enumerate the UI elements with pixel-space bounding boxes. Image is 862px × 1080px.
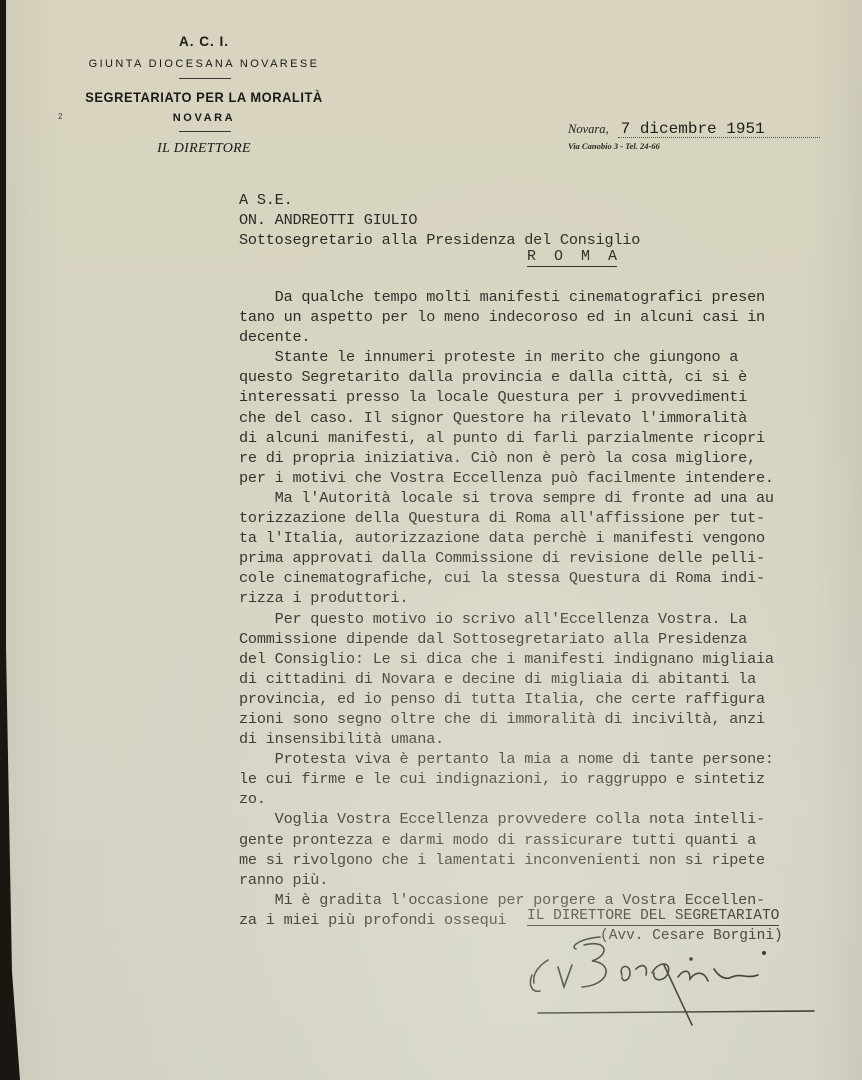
body-line: ranno più. — [239, 870, 774, 890]
sender-address: Via Canobio 3 - Tel. 24-66 — [568, 141, 660, 151]
body-line: ta l'Italia, autorizzazione data perchè … — [239, 528, 774, 548]
dateline-city: Novara, — [568, 122, 609, 136]
dateline-dotted-rule — [618, 137, 820, 138]
letterhead-city: NOVARA — [56, 112, 352, 124]
body-line: provincia, ed io penso di tutta Italia, … — [239, 689, 774, 709]
handwritten-signature — [518, 925, 818, 1030]
body-line: zo. — [239, 789, 774, 809]
margin-note: 2 — [58, 112, 62, 121]
body-line: rizza i produttori. — [239, 588, 774, 608]
body-line: zioni sono segno oltre che di immoralità… — [239, 709, 774, 729]
body-line: cole cinematografiche, cui la stessa Que… — [239, 568, 774, 588]
dateline: Novara,7 dicembre 1951 — [568, 120, 823, 138]
recipient-city: R O M A — [527, 248, 617, 267]
letterhead-secretariat: SEGRETARIATO PER LA MORALITÀ — [68, 89, 340, 105]
recipient-line: A S.E. — [239, 190, 640, 210]
body-line: tano un aspetto per lo meno indecoroso e… — [239, 307, 774, 327]
body-line: gente prontezza e darmi modo di rassicur… — [239, 830, 774, 850]
body-line: che del caso. Il signor Questore ha rile… — [239, 408, 774, 428]
letterhead-divider — [179, 131, 231, 132]
body-line: le cui firme e le cui indignazioni, io r… — [239, 769, 774, 789]
body-line: me si rivolgono che i lamentati inconven… — [239, 850, 774, 870]
body-line: Mi è gradita l'occasione per porgere a V… — [239, 890, 774, 910]
body-line: di cittadini di Novara e decine di migli… — [239, 669, 774, 689]
letterhead-giunta: GIUNTA DIOCESANA NOVARESE — [56, 58, 352, 70]
body-line: di alcuni manifesti, al punto di farli p… — [239, 428, 774, 448]
letterhead-divider — [179, 78, 231, 79]
letterhead-role: IL DIRETTORE — [56, 141, 352, 157]
body-line: del Consiglio: Le si dica che i manifest… — [239, 649, 774, 669]
recipient-block: A S.E.ON. ANDREOTTI GIULIOSottosegretari… — [239, 190, 640, 250]
body-line: questo Segretarito dalla provincia e dal… — [239, 367, 774, 387]
letterhead-organization: A. C. I. — [56, 34, 352, 49]
body-line: Per questo motivo io scrivo all'Eccellen… — [239, 609, 774, 629]
body-line: interessati presso la locale Questura pe… — [239, 387, 774, 407]
body-line: di insensibilità umana. — [239, 729, 774, 749]
body-line: Protesta viva è pertanto la mia a nome d… — [239, 749, 774, 769]
recipient-line: ON. ANDREOTTI GIULIO — [239, 210, 640, 230]
body-line: per i motivi che Vostra Eccellenza può f… — [239, 468, 774, 488]
body-line: Ma l'Autorità locale si trova sempre di … — [239, 488, 774, 508]
body-line: decente. — [239, 327, 774, 347]
body-line: Commissione dipende dal Sottosegretariat… — [239, 629, 774, 649]
body-line: Stante le innumeri proteste in merito ch… — [239, 347, 774, 367]
body-line: Da qualche tempo molti manifesti cinemat… — [239, 287, 774, 307]
closing-title: IL DIRETTORE DEL SEGRETARIATO — [527, 908, 779, 926]
letter-page: A. C. I. GIUNTA DIOCESANA NOVARESE SEGRE… — [6, 0, 862, 1080]
letter-body: Da qualche tempo molti manifesti cinemat… — [239, 287, 774, 930]
body-line: prima approvati dalla Commissione di rev… — [239, 548, 774, 568]
body-line: Voglia Vostra Eccellenza provvedere coll… — [239, 809, 774, 829]
dateline-date: 7 dicembre 1951 — [621, 120, 765, 138]
body-line: torizzazione della Questura di Roma all'… — [239, 508, 774, 528]
body-line: re di propria iniziativa. Ciò non è però… — [239, 448, 774, 468]
